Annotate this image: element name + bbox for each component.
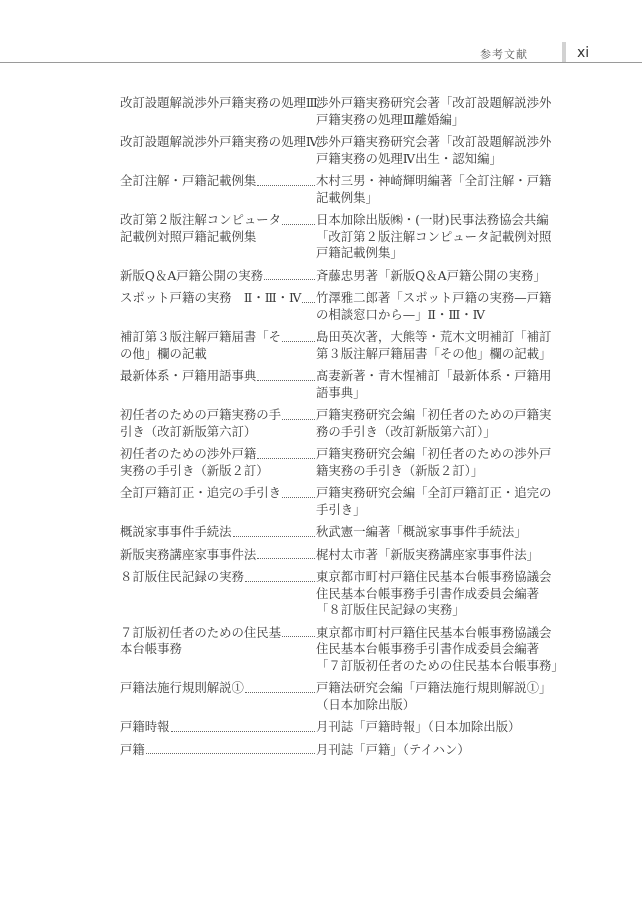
reference-entry: 初任者のための戸籍実務の手引き（改訂新版第六訂）戸籍実務研究会編「初任者のための… — [120, 407, 560, 440]
reference-title: 改訂設題解説渉外戸籍実務の処理Ⅳ — [120, 134, 316, 167]
reference-title: ７訂版初任者のための住民基本台帳事務 — [120, 625, 316, 675]
header-rule — [0, 62, 642, 63]
reference-citation: 斉藤忠男著「新版Q＆A戸籍公開の実務」 — [316, 268, 560, 285]
reference-title: 改訂設題解説渉外戸籍実務の処理Ⅲ — [120, 95, 316, 128]
reference-title: 全訂注解・戸籍記載例集 — [120, 173, 316, 206]
dot-leader — [171, 731, 315, 732]
reference-title: スポット戸籍の実務 Ⅱ・Ⅲ・Ⅳ — [120, 290, 316, 323]
reference-citation: 月刊誌「戸籍」（テイハン） — [316, 742, 560, 759]
dot-leader — [233, 536, 315, 537]
reference-citation: 竹澤雅二郎著「スポット戸籍の実務—戸籍の相談窓口から—」Ⅱ・Ⅲ・Ⅳ — [316, 290, 560, 323]
title-line: 本台帳事務 — [120, 641, 316, 658]
title-line: 最新体系・戸籍用語事典 — [120, 368, 256, 385]
page-header: 参考文献 xi — [0, 0, 642, 64]
title-line: ８訂版住民記録の実務 — [120, 569, 244, 586]
reference-title: 戸籍時報 — [120, 719, 316, 736]
title-line: 記載例対照戸籍記載例集 — [120, 229, 316, 246]
reference-citation: 戸籍実務研究会編「初任者のための渉外戸籍実務の手引き（新版２訂）」 — [316, 446, 560, 479]
reference-citation: 梶村太市著「新版実務講座家事事件法」 — [316, 547, 560, 564]
dot-leader — [282, 636, 315, 637]
reference-citation: 月刊誌「戸籍時報」（日本加除出版） — [316, 719, 560, 736]
reference-title: 最新体系・戸籍用語事典 — [120, 368, 316, 401]
reference-entry: 改訂第２版注解コンピュータ記載例対照戸籍記載例集日本加除出版㈱・(一財)民事法務… — [120, 212, 560, 262]
reference-entry: 改訂設題解説渉外戸籍実務の処理Ⅳ渉外戸籍実務研究会著「改訂設題解説渉外戸籍実務の… — [120, 134, 560, 167]
title-line: 改訂設題解説渉外戸籍実務の処理Ⅲ — [120, 95, 318, 112]
title-line: 改訂設題解説渉外戸籍実務の処理Ⅳ — [120, 134, 318, 151]
header-separator — [562, 42, 566, 63]
title-line: 戸籍法施行規則解説① — [120, 680, 244, 697]
reference-citation: 東京都市町村戸籍住民基本台帳事務協議会住民基本台帳事務手引書作成委員会編著「７訂… — [316, 625, 560, 675]
dot-leader — [257, 558, 315, 559]
title-line: 改訂第２版注解コンピュータ — [120, 212, 281, 229]
title-line: スポット戸籍の実務 Ⅱ・Ⅲ・Ⅳ — [120, 290, 301, 307]
reference-entry: スポット戸籍の実務 Ⅱ・Ⅲ・Ⅳ竹澤雅二郎著「スポット戸籍の実務—戸籍の相談窓口か… — [120, 290, 560, 323]
title-line: 全訂注解・戸籍記載例集 — [120, 173, 256, 190]
dot-leader — [257, 185, 315, 186]
section-label: 参考文献 — [480, 46, 528, 62]
dot-leader — [257, 380, 315, 381]
page-number: xi — [577, 45, 589, 61]
reference-entry: 新版Q＆A戸籍公開の実務斉藤忠男著「新版Q＆A戸籍公開の実務」 — [120, 268, 560, 285]
reference-title: 戸籍法施行規則解説① — [120, 680, 316, 713]
dot-leader — [245, 692, 315, 693]
title-line: 初任者のための戸籍実務の手 — [120, 407, 281, 424]
reference-citation: 日本加除出版㈱・(一財)民事法務協会共編「改訂第２版注解コンピュータ記載例対照戸… — [316, 212, 560, 262]
dot-leader — [282, 419, 315, 420]
reference-title: 戸籍 — [120, 742, 316, 759]
dot-leader — [282, 497, 315, 498]
dot-leader — [282, 341, 315, 342]
reference-list: 改訂設題解説渉外戸籍実務の処理Ⅲ渉外戸籍実務研究会著「改訂設題解説渉外戸籍実務の… — [120, 95, 560, 764]
reference-citation: 髙妻新著・青木惺補訂「最新体系・戸籍用語事典」 — [316, 368, 560, 401]
dot-leader — [146, 753, 315, 754]
reference-citation: 戸籍実務研究会編「初任者のための戸籍実務の手引き（改訂新版第六訂）」 — [316, 407, 560, 440]
reference-citation: 島田英次著，大熊等・荒木文明補訂「補訂第３版注解戸籍届書「その他」欄の記載」 — [316, 329, 560, 362]
title-line: の他」欄の記載 — [120, 346, 316, 363]
title-line: ７訂版初任者のための住民基 — [120, 625, 281, 642]
dot-leader — [282, 224, 315, 225]
title-line: 補訂第３版注解戸籍届書「そ — [120, 329, 281, 346]
reference-entry: ７訂版初任者のための住民基本台帳事務東京都市町村戸籍住民基本台帳事務協議会住民基… — [120, 625, 560, 675]
reference-entry: 全訂注解・戸籍記載例集木村三男・神崎輝明編著「全訂注解・戸籍記載例集」 — [120, 173, 560, 206]
title-line: 新版Q＆A戸籍公開の実務 — [120, 268, 263, 285]
reference-citation: 秋武憲一編著「概説家事事件手続法」 — [316, 524, 560, 541]
reference-entry: 補訂第３版注解戸籍届書「その他」欄の記載島田英次著，大熊等・荒木文明補訂「補訂第… — [120, 329, 560, 362]
reference-title: 改訂第２版注解コンピュータ記載例対照戸籍記載例集 — [120, 212, 316, 262]
title-line: 全訂戸籍訂正・追完の手引き — [120, 485, 281, 502]
reference-title: ８訂版住民記録の実務 — [120, 569, 316, 619]
title-line: 実務の手引き（新版２訂） — [120, 463, 316, 480]
reference-citation: 木村三男・神崎輝明編著「全訂注解・戸籍記載例集」 — [316, 173, 560, 206]
reference-entry: 新版実務講座家事事件法梶村太市著「新版実務講座家事事件法」 — [120, 547, 560, 564]
reference-citation: 東京都市町村戸籍住民基本台帳事務協議会住民基本台帳事務手引書作成委員会編著「８訂… — [316, 569, 560, 619]
title-line: 戸籍時報 — [120, 719, 170, 736]
reference-entry: 全訂戸籍訂正・追完の手引き戸籍実務研究会編「全訂戸籍訂正・追完の手引き」 — [120, 485, 560, 518]
reference-entry: 戸籍月刊誌「戸籍」（テイハン） — [120, 742, 560, 759]
reference-entry: ８訂版住民記録の実務東京都市町村戸籍住民基本台帳事務協議会住民基本台帳事務手引書… — [120, 569, 560, 619]
reference-entry: 初任者のための渉外戸籍実務の手引き（新版２訂）戸籍実務研究会編「初任者のための渉… — [120, 446, 560, 479]
reference-title: 初任者のための渉外戸籍実務の手引き（新版２訂） — [120, 446, 316, 479]
reference-entry: 最新体系・戸籍用語事典髙妻新著・青木惺補訂「最新体系・戸籍用語事典」 — [120, 368, 560, 401]
reference-title: 補訂第３版注解戸籍届書「その他」欄の記載 — [120, 329, 316, 362]
reference-citation: 戸籍法研究会編「戸籍法施行規則解説①」（日本加除出版） — [316, 680, 560, 713]
reference-citation: 戸籍実務研究会編「全訂戸籍訂正・追完の手引き」 — [316, 485, 560, 518]
reference-title: 新版実務講座家事事件法 — [120, 547, 316, 564]
reference-citation: 渉外戸籍実務研究会著「改訂設題解説渉外戸籍実務の処理Ⅳ出生・認知編」 — [316, 134, 560, 167]
title-line: 初任者のための渉外戸籍 — [120, 446, 256, 463]
reference-title: 初任者のための戸籍実務の手引き（改訂新版第六訂） — [120, 407, 316, 440]
dot-leader — [245, 581, 315, 582]
reference-entry: 戸籍法施行規則解説①戸籍法研究会編「戸籍法施行規則解説①」（日本加除出版） — [120, 680, 560, 713]
dot-leader — [302, 302, 315, 303]
dot-leader — [264, 279, 315, 280]
title-line: 戸籍 — [120, 742, 145, 759]
reference-title: 新版Q＆A戸籍公開の実務 — [120, 268, 316, 285]
title-line: 概説家事事件手続法 — [120, 524, 232, 541]
reference-citation: 渉外戸籍実務研究会著「改訂設題解説渉外戸籍実務の処理Ⅲ離婚編」 — [316, 95, 560, 128]
reference-entry: 改訂設題解説渉外戸籍実務の処理Ⅲ渉外戸籍実務研究会著「改訂設題解説渉外戸籍実務の… — [120, 95, 560, 128]
reference-title: 全訂戸籍訂正・追完の手引き — [120, 485, 316, 518]
title-line: 新版実務講座家事事件法 — [120, 547, 256, 564]
reference-entry: 戸籍時報月刊誌「戸籍時報」（日本加除出版） — [120, 719, 560, 736]
title-line: 引き（改訂新版第六訂） — [120, 424, 316, 441]
dot-leader — [257, 458, 315, 459]
reference-title: 概説家事事件手続法 — [120, 524, 316, 541]
reference-entry: 概説家事事件手続法秋武憲一編著「概説家事事件手続法」 — [120, 524, 560, 541]
